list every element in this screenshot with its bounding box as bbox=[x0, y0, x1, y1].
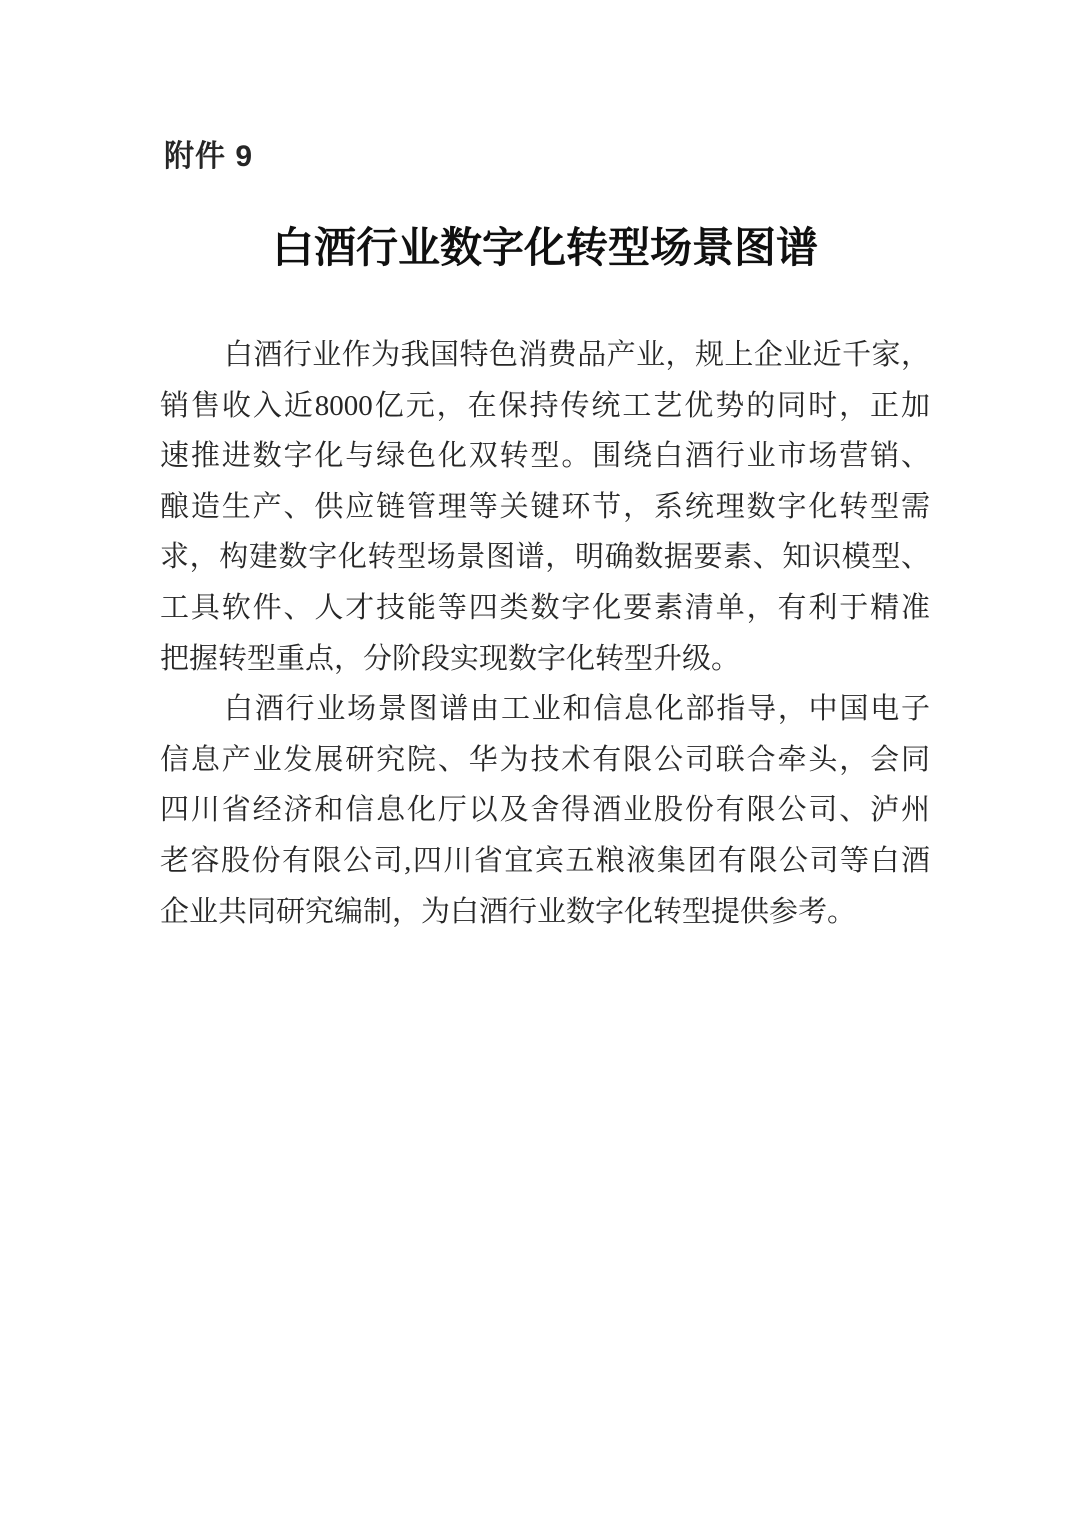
paragraph1-line6: 工具软件、人才技能等四类数字化要素清单，有利于精准 bbox=[160, 583, 930, 634]
paragraph2-line2: 信息产业发展研究院、华为技术有限公司联合牵头，会同 bbox=[160, 735, 930, 786]
paragraph2-line4: 老容股份有限公司,四川省宜宾五粮液集团有限公司等白酒 bbox=[160, 836, 930, 887]
paragraph1-line5: 求，构建数字化转型场景图谱，明确数据要素、知识模型、 bbox=[160, 532, 930, 583]
document-title: 白酒行业数字化转型场景图谱 bbox=[160, 224, 930, 274]
paragraph1-line3: 速推进数字化与绿色化双转型。围绕白酒行业市场营销、 bbox=[160, 431, 930, 482]
paragraph1-line2: 销售收入近8000亿元，在保持传统工艺优势的同时，正加 bbox=[160, 381, 930, 432]
document-body: 白酒行业作为我国特色消费品产业，规上企业近千家， 销售收入近8000亿元，在保持… bbox=[160, 330, 930, 937]
paragraph2-line3: 四川省经济和信息化厅以及舍得酒业股份有限公司、泸州 bbox=[160, 785, 930, 836]
paragraph1-line4: 酿造生产、供应链管理等关键环节，系统理数字化转型需 bbox=[160, 482, 930, 533]
paragraph1-line1: 白酒行业作为我国特色消费品产业，规上企业近千家， bbox=[160, 330, 930, 381]
paragraph2-line1: 白酒行业场景图谱由工业和信息化部指导，中国电子 bbox=[160, 684, 930, 735]
attachment-label: 附件 9 bbox=[164, 140, 253, 174]
paragraph2-line5: 企业共同研究编制，为白酒行业数字化转型提供参考。 bbox=[160, 887, 930, 938]
document-page: 附件 9 白酒行业数字化转型场景图谱 白酒行业作为我国特色消费品产业，规上企业近… bbox=[0, 0, 1080, 1527]
paragraph1-line7: 把握转型重点，分阶段实现数字化转型升级。 bbox=[160, 634, 930, 685]
